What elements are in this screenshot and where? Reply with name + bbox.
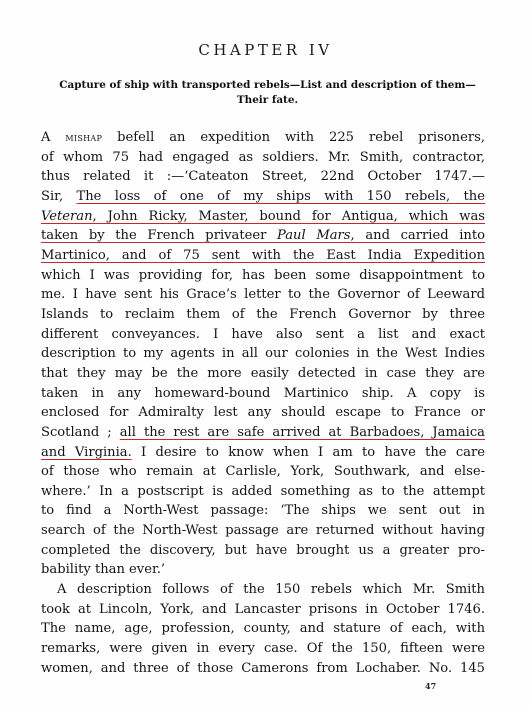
text-line: description to my agents in all our colo…	[41, 344, 485, 364]
page-number: 47	[425, 681, 436, 691]
text-line: enclosed for Admiralty lest any should e…	[41, 403, 485, 423]
underlined-passage: and Virginia.	[41, 445, 132, 460]
text-line: women, and three of those Camerons from …	[41, 659, 485, 679]
text-line: Martinico, and of 75 sent with the East …	[41, 246, 485, 266]
text-line: that they may be the more easily detecte…	[41, 364, 485, 384]
ship-name: Veteran	[41, 209, 93, 224]
text-line: of those who remain at Carlisle, York, S…	[41, 462, 485, 482]
underlined-passage: taken by the French privateer Paul Mars,…	[41, 228, 485, 243]
text-line: remarks, were given in every case. Of th…	[41, 639, 485, 659]
underlined-passage: Veteran, John Ricky, Master, bound for A…	[41, 209, 485, 224]
small-caps-word: mishap	[65, 130, 102, 144]
text-line: and Virginia. I desire to know when I am…	[41, 443, 485, 463]
text-line: of whom 75 had engaged as soldiers. Mr. …	[41, 148, 485, 168]
text-line: Veteran, John Ricky, Master, bound for A…	[41, 207, 485, 227]
text-line: search of the North-West passage are ret…	[41, 521, 485, 541]
chapter-summary-line-1: Capture of ship with transported rebels—…	[59, 79, 476, 91]
underlined-passage: The loss of one of my ships with 150 reb…	[77, 189, 486, 204]
text-line: bability than ever.’	[41, 560, 485, 580]
text-line: taken by the French privateer Paul Mars,…	[41, 226, 485, 246]
text-line: A description follows of the 150 rebels …	[41, 580, 485, 600]
underlined-passage: all the rest are safe arrived at Barbado…	[120, 425, 485, 440]
text-line: to find a North-West passage: ‘The ships…	[41, 501, 485, 521]
text-line: different conveyances. I have also sent …	[41, 325, 485, 345]
text-line: took at Lincoln, York, and Lancaster pri…	[41, 600, 485, 620]
text-line: where.’ In a postscript is added somethi…	[41, 482, 485, 502]
text-line: Islands to reclaim them of the French Go…	[41, 305, 485, 325]
text-line: me. I have sent his Grace’s letter to th…	[41, 285, 485, 305]
chapter-summary: Capture of ship with transported rebels—…	[40, 78, 495, 108]
text-line: Sir, The loss of one of my ships with 15…	[41, 187, 485, 207]
text-line: A mishap befell an expedition with 225 r…	[41, 128, 485, 148]
underlined-passage: Martinico, and of 75 sent with the East …	[41, 248, 485, 263]
text-line: completed the discovery, but have brough…	[41, 541, 485, 561]
chapter-summary-line-2: Their fate.	[237, 94, 298, 106]
ship-name: Paul Mars	[277, 228, 351, 243]
chapter-heading: CHAPTER IV	[0, 41, 531, 59]
text-line: which I was providing for, has been some…	[41, 266, 485, 286]
book-page: CHAPTER IV Capture of ship with transpor…	[0, 0, 531, 706]
text-line: Scotland ; all the rest are safe arrived…	[41, 423, 485, 443]
body-text: A mishap befell an expedition with 225 r…	[41, 128, 485, 678]
text-line: thus related it :—‘Cateaton Street, 22nd…	[41, 167, 485, 187]
text-line: The name, age, profession, county, and s…	[41, 619, 485, 639]
text-line: taken in any homeward-bound Martinico sh…	[41, 384, 485, 404]
